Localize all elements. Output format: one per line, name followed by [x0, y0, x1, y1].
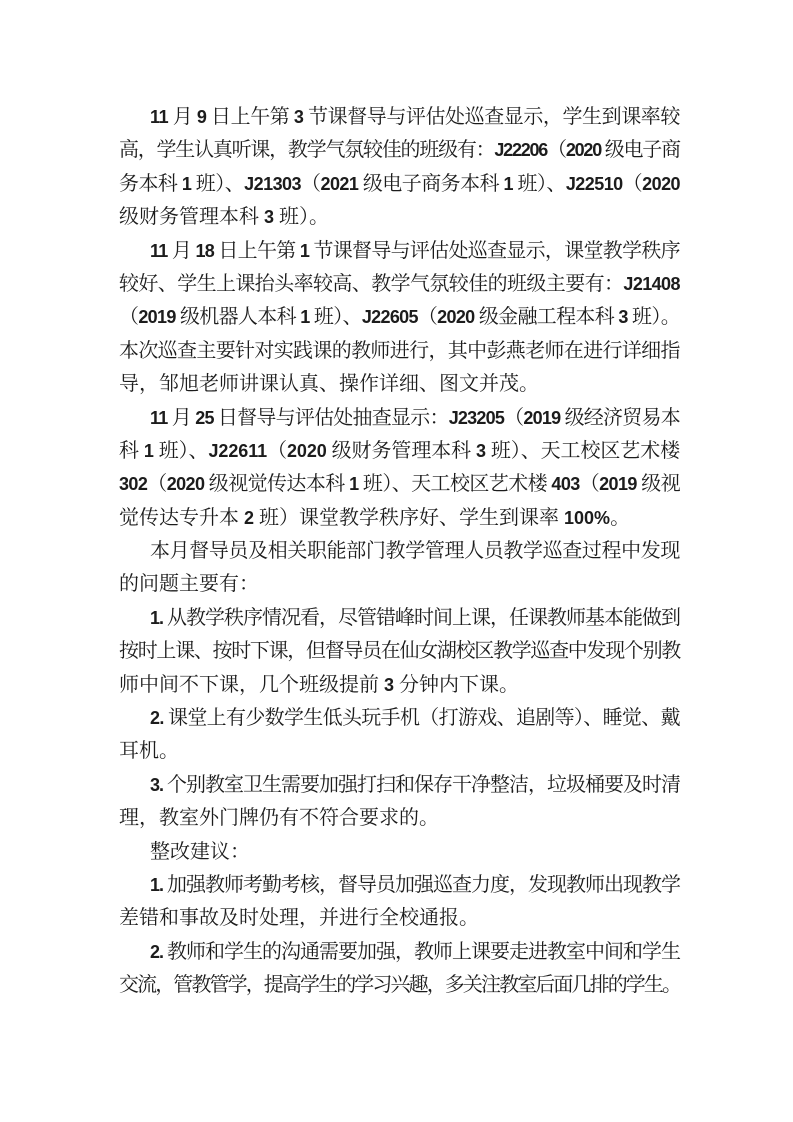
text-line: 级财务管理本科 3 班）。	[119, 201, 680, 234]
cjk-text: （	[301, 173, 320, 195]
text-line: 理，教室外门牌仍有不符合要求的。	[119, 802, 680, 835]
cjk-text: 班）、天工校区艺术楼	[359, 473, 552, 495]
latin-text: 403	[551, 474, 579, 494]
cjk-text: 本次巡查主要针对实践课的教师进行，其中彭燕老师在进行详细指	[119, 340, 680, 362]
latin-text: J22206	[494, 140, 547, 160]
cjk-text: 级经济贸易本	[560, 407, 680, 429]
text-line: 交流，管教管学，提高学生的学习兴趣，多关注教室后面几排的学生。	[119, 969, 680, 1002]
cjk-text: （	[119, 306, 138, 328]
cjk-text: （	[580, 473, 599, 495]
cjk-text: 节课督导与评估处巡查显示，学生到课率较	[304, 106, 680, 128]
latin-text: 2020	[287, 441, 327, 461]
latin-text: J21408	[623, 274, 679, 294]
latin-text: J23205	[449, 408, 504, 428]
cjk-text: 级视觉传达本科	[204, 473, 349, 495]
latin-text: 3	[384, 675, 394, 695]
latin-text: 100%	[564, 508, 610, 528]
cjk-text: 耳机。	[119, 740, 179, 762]
text-line: 高，学生认真听课，教学气氛较佳的班级有：J22206（2020 级电子商	[119, 134, 680, 167]
latin-text: 11	[150, 408, 168, 428]
cjk-text: 日上午第	[214, 240, 300, 262]
cjk-text: 个别教室卫生需要加强打扫和保存干净整洁，垃圾桶要及时清	[163, 774, 680, 796]
text-line: 11 月 9 日上午第 3 节课督导与评估处巡查显示，学生到课率较	[119, 101, 680, 134]
latin-text: 1	[504, 174, 513, 194]
cjk-text: 师中间不下课，几个班级提前	[119, 674, 384, 696]
latin-text: 1	[182, 174, 191, 194]
cjk-text: （	[418, 306, 437, 328]
text-run: 302（2020 级视觉传达本科 1 班）、天工校区艺术楼 403（2019 级…	[119, 468, 680, 501]
cjk-text: 级电子商	[601, 139, 680, 161]
text-run: 师中间不下课，几个班级提前 3 分钟内下课。	[119, 669, 519, 702]
text-line: 较好、学生上课抬头率较高、教学气氛较佳的班级主要有：J21408	[119, 268, 680, 301]
cjk-text: 级电子商务本科	[358, 173, 503, 195]
text-run: 3. 个别教室卫生需要加强打扫和保存干净整洁，垃圾桶要及时清	[150, 769, 680, 802]
latin-text: 2020	[167, 474, 205, 494]
latin-text: 3	[618, 307, 627, 327]
text-run: 理，教室外门牌仍有不符合要求的。	[119, 802, 439, 835]
text-run: 本月督导员及相关职能部门教学管理人员教学巡查过程中发现	[150, 535, 680, 568]
text-run: 1. 加强教师考勤考核，督导员加强巡查力度，发现教师出现教学	[150, 869, 680, 902]
text-run: 11 月 25 日督导与评估处抽查显示：J23205（2019 级经济贸易本	[150, 402, 680, 435]
cjk-text: 班）。	[628, 306, 680, 328]
latin-text: 25	[195, 408, 213, 428]
cjk-text: 级财务管理本科	[327, 440, 476, 462]
cjk-text: 课堂上有少数学生低头玩手机（打游戏、追剧等）、睡觉、戴	[164, 707, 680, 729]
cjk-text: 务本科	[119, 173, 182, 195]
text-line: 差错和事故及时处理，并进行全校通报。	[119, 902, 680, 935]
cjk-text: 理，教室外门牌仍有不符合要求的。	[119, 807, 439, 829]
latin-text: 2021	[320, 174, 358, 194]
latin-text: 1	[300, 307, 309, 327]
cjk-text: （	[267, 440, 287, 462]
cjk-text: 按时上课、按时下课，但督导员在仙女湖校区教学巡查中发现个别教	[119, 640, 680, 662]
text-run: 高，学生认真听课，教学气氛较佳的班级有：J22206（2020 级电子商	[119, 134, 680, 167]
latin-text: 2020	[566, 140, 601, 160]
text-run: 导，邹旭老师讲课认真、操作详细、图文并茂。	[119, 368, 539, 401]
latin-text: 2019	[599, 474, 637, 494]
text-run: 1. 从教学秩序情况看，尽管错峰时间上课，任课教师基本能做到	[150, 602, 680, 635]
text-run: 务本科 1 班）、J21303（2021 级电子商务本科 1 班）、J22510…	[119, 168, 680, 201]
cjk-text: 加强教师考勤考核，督导员加强巡查力度，发现教师出现教学	[163, 874, 680, 896]
cjk-text: 教师和学生的沟通需要加强，教师上课要走进教室中间和学生	[163, 941, 680, 963]
cjk-text: 交流，管教管学，提高学生的学习兴趣，多关注教室后面几排的学生。	[119, 974, 680, 996]
latin-text: 3.	[150, 775, 163, 795]
text-line: 整改建议：	[119, 836, 680, 869]
latin-text: J22611	[208, 441, 267, 461]
text-line: 导，邹旭老师讲课认真、操作详细、图文并茂。	[119, 368, 680, 401]
latin-text: 2020	[437, 307, 474, 327]
cjk-text: 导，邹旭老师讲课认真、操作详细、图文并茂。	[119, 373, 539, 395]
cjk-text: （	[547, 139, 566, 161]
text-run: 2. 课堂上有少数学生低头玩手机（打游戏、追剧等）、睡觉、戴	[150, 702, 680, 735]
text-run: 科 1 班）、J22611（2020 级财务管理本科 3 班）、天工校区艺术楼	[119, 435, 680, 468]
text-line: 1. 加强教师考勤考核，督导员加强巡查力度，发现教师出现教学	[119, 869, 680, 902]
text-line: 务本科 1 班）、J21303（2021 级电子商务本科 1 班）、J22510…	[119, 168, 680, 201]
cjk-text: 节课督导与评估处巡查显示，课堂教学秩序	[309, 240, 680, 262]
cjk-text: 班）、	[513, 173, 566, 195]
text-run: 觉传达专升本 2 班）课堂教学秩序好、学生到课率 100%。	[119, 502, 630, 535]
cjk-text: 日督导与评估处抽查显示：	[214, 407, 449, 429]
text-line: 的问题主要有：	[119, 568, 680, 601]
cjk-text: 班）、	[191, 173, 244, 195]
text-line: 1. 从教学秩序情况看，尽管错峰时间上课，任课教师基本能做到	[119, 602, 680, 635]
latin-text: 18	[195, 241, 214, 261]
cjk-text: 级财务管理本科	[119, 206, 264, 228]
latin-text: 11	[150, 241, 168, 261]
cjk-text: 级金融工程本科	[475, 306, 619, 328]
cjk-text: 差错和事故及时处理，并进行全校通报。	[119, 907, 479, 929]
cjk-text: 。	[610, 507, 630, 529]
latin-text: 2019	[523, 408, 560, 428]
text-run: 的问题主要有：	[119, 568, 259, 601]
latin-text: 11	[150, 107, 168, 127]
latin-text: 302	[119, 474, 147, 494]
latin-text: 1	[349, 474, 358, 494]
cjk-text: 整改建议：	[150, 841, 250, 863]
cjk-text: 级机器人本科	[176, 306, 301, 328]
text-line: 按时上课、按时下课，但督导员在仙女湖校区教学巡查中发现个别教	[119, 635, 680, 668]
cjk-text: 分钟内下课。	[394, 674, 519, 696]
text-run: 11 月 9 日上午第 3 节课督导与评估处巡查显示，学生到课率较	[150, 101, 680, 134]
text-run: 差错和事故及时处理，并进行全校通报。	[119, 902, 479, 935]
cjk-text: 觉传达专升本	[119, 507, 244, 529]
latin-text: J21303	[244, 174, 301, 194]
cjk-text: 班）。	[274, 206, 329, 228]
text-line: 师中间不下课，几个班级提前 3 分钟内下课。	[119, 669, 680, 702]
text-line: 11 月 25 日督导与评估处抽查显示：J23205（2019 级经济贸易本	[119, 402, 680, 435]
latin-text: 2.	[150, 708, 164, 728]
text-run: 11 月 18 日上午第 1 节课督导与评估处巡查显示，课堂教学秩序	[150, 235, 680, 268]
cjk-text: 日上午第	[206, 106, 293, 128]
text-run: 交流，管教管学，提高学生的学习兴趣，多关注教室后面几排的学生。	[119, 969, 680, 1002]
latin-text: 2020	[642, 174, 680, 194]
text-line: 耳机。	[119, 735, 680, 768]
latin-text: J22605	[362, 307, 418, 327]
latin-text: 2019	[138, 307, 175, 327]
cjk-text: 月	[168, 106, 197, 128]
cjk-text: 班）、	[310, 306, 362, 328]
cjk-text: 班）、天工校区艺术楼	[486, 440, 680, 462]
document-page: 11 月 9 日上午第 3 节课督导与评估处巡查显示，学生到课率较高，学生认真听…	[0, 0, 793, 1122]
latin-text: 2.	[150, 942, 163, 962]
cjk-text: 的问题主要有：	[119, 573, 259, 595]
text-line: （2019 级机器人本科 1 班）、J22605（2020 级金融工程本科 3 …	[119, 301, 680, 334]
cjk-text: 级视	[637, 473, 680, 495]
cjk-text: 从教学秩序情况看，尽管错峰时间上课，任课教师基本能做到	[163, 607, 680, 629]
document-body: 11 月 9 日上午第 3 节课督导与评估处巡查显示，学生到课率较高，学生认真听…	[119, 101, 680, 1003]
text-line: 3. 个别教室卫生需要加强打扫和保存干净整洁，垃圾桶要及时清	[119, 769, 680, 802]
text-run: （2019 级机器人本科 1 班）、J22605（2020 级金融工程本科 3 …	[119, 301, 680, 334]
text-run: 耳机。	[119, 735, 179, 768]
cjk-text: 月	[168, 407, 196, 429]
text-line: 科 1 班）、J22611（2020 级财务管理本科 3 班）、天工校区艺术楼	[119, 435, 680, 468]
text-line: 2. 课堂上有少数学生低头玩手机（打游戏、追剧等）、睡觉、戴	[119, 702, 680, 735]
cjk-text: 班）课堂教学秩序好、学生到课率	[254, 507, 564, 529]
text-line: 本次巡查主要针对实践课的教师进行，其中彭燕老师在进行详细指	[119, 335, 680, 368]
text-line: 2. 教师和学生的沟通需要加强，教师上课要走进教室中间和学生	[119, 936, 680, 969]
latin-text: 1	[300, 241, 309, 261]
cjk-text: （	[504, 407, 523, 429]
text-run: 较好、学生上课抬头率较高、教学气氛较佳的班级主要有：J21408	[119, 268, 680, 301]
latin-text: 1	[144, 441, 154, 461]
cjk-text: 班）、	[154, 440, 209, 462]
latin-text: 3	[476, 441, 486, 461]
text-run: 整改建议：	[150, 836, 250, 869]
text-line: 11 月 18 日上午第 1 节课督导与评估处巡查显示，课堂教学秩序	[119, 235, 680, 268]
cjk-text: 月	[168, 240, 196, 262]
cjk-text: 高，学生认真听课，教学气氛较佳的班级有：	[119, 139, 494, 161]
cjk-text: 本月督导员及相关职能部门教学管理人员教学巡查过程中发现	[150, 540, 680, 562]
latin-text: 1.	[150, 875, 163, 895]
latin-text: J22510	[566, 174, 623, 194]
text-line: 觉传达专升本 2 班）课堂教学秩序好、学生到课率 100%。	[119, 502, 680, 535]
latin-text: 3	[294, 107, 304, 127]
text-line: 302（2020 级视觉传达本科 1 班）、天工校区艺术楼 403（2019 级…	[119, 468, 680, 501]
latin-text: 3	[264, 207, 274, 227]
text-line: 本月督导员及相关职能部门教学管理人员教学巡查过程中发现	[119, 535, 680, 568]
cjk-text: （	[147, 473, 166, 495]
text-run: 级财务管理本科 3 班）。	[119, 201, 329, 234]
text-run: 2. 教师和学生的沟通需要加强，教师上课要走进教室中间和学生	[150, 936, 680, 969]
latin-text: 1.	[150, 608, 163, 628]
cjk-text: 较好、学生上课抬头率较高、教学气氛较佳的班级主要有：	[119, 273, 623, 295]
latin-text: 2	[244, 508, 254, 528]
cjk-text: （	[623, 173, 642, 195]
text-run: 按时上课、按时下课，但督导员在仙女湖校区教学巡查中发现个别教	[119, 635, 680, 668]
text-run: 本次巡查主要针对实践课的教师进行，其中彭燕老师在进行详细指	[119, 335, 680, 368]
cjk-text: 科	[119, 440, 144, 462]
